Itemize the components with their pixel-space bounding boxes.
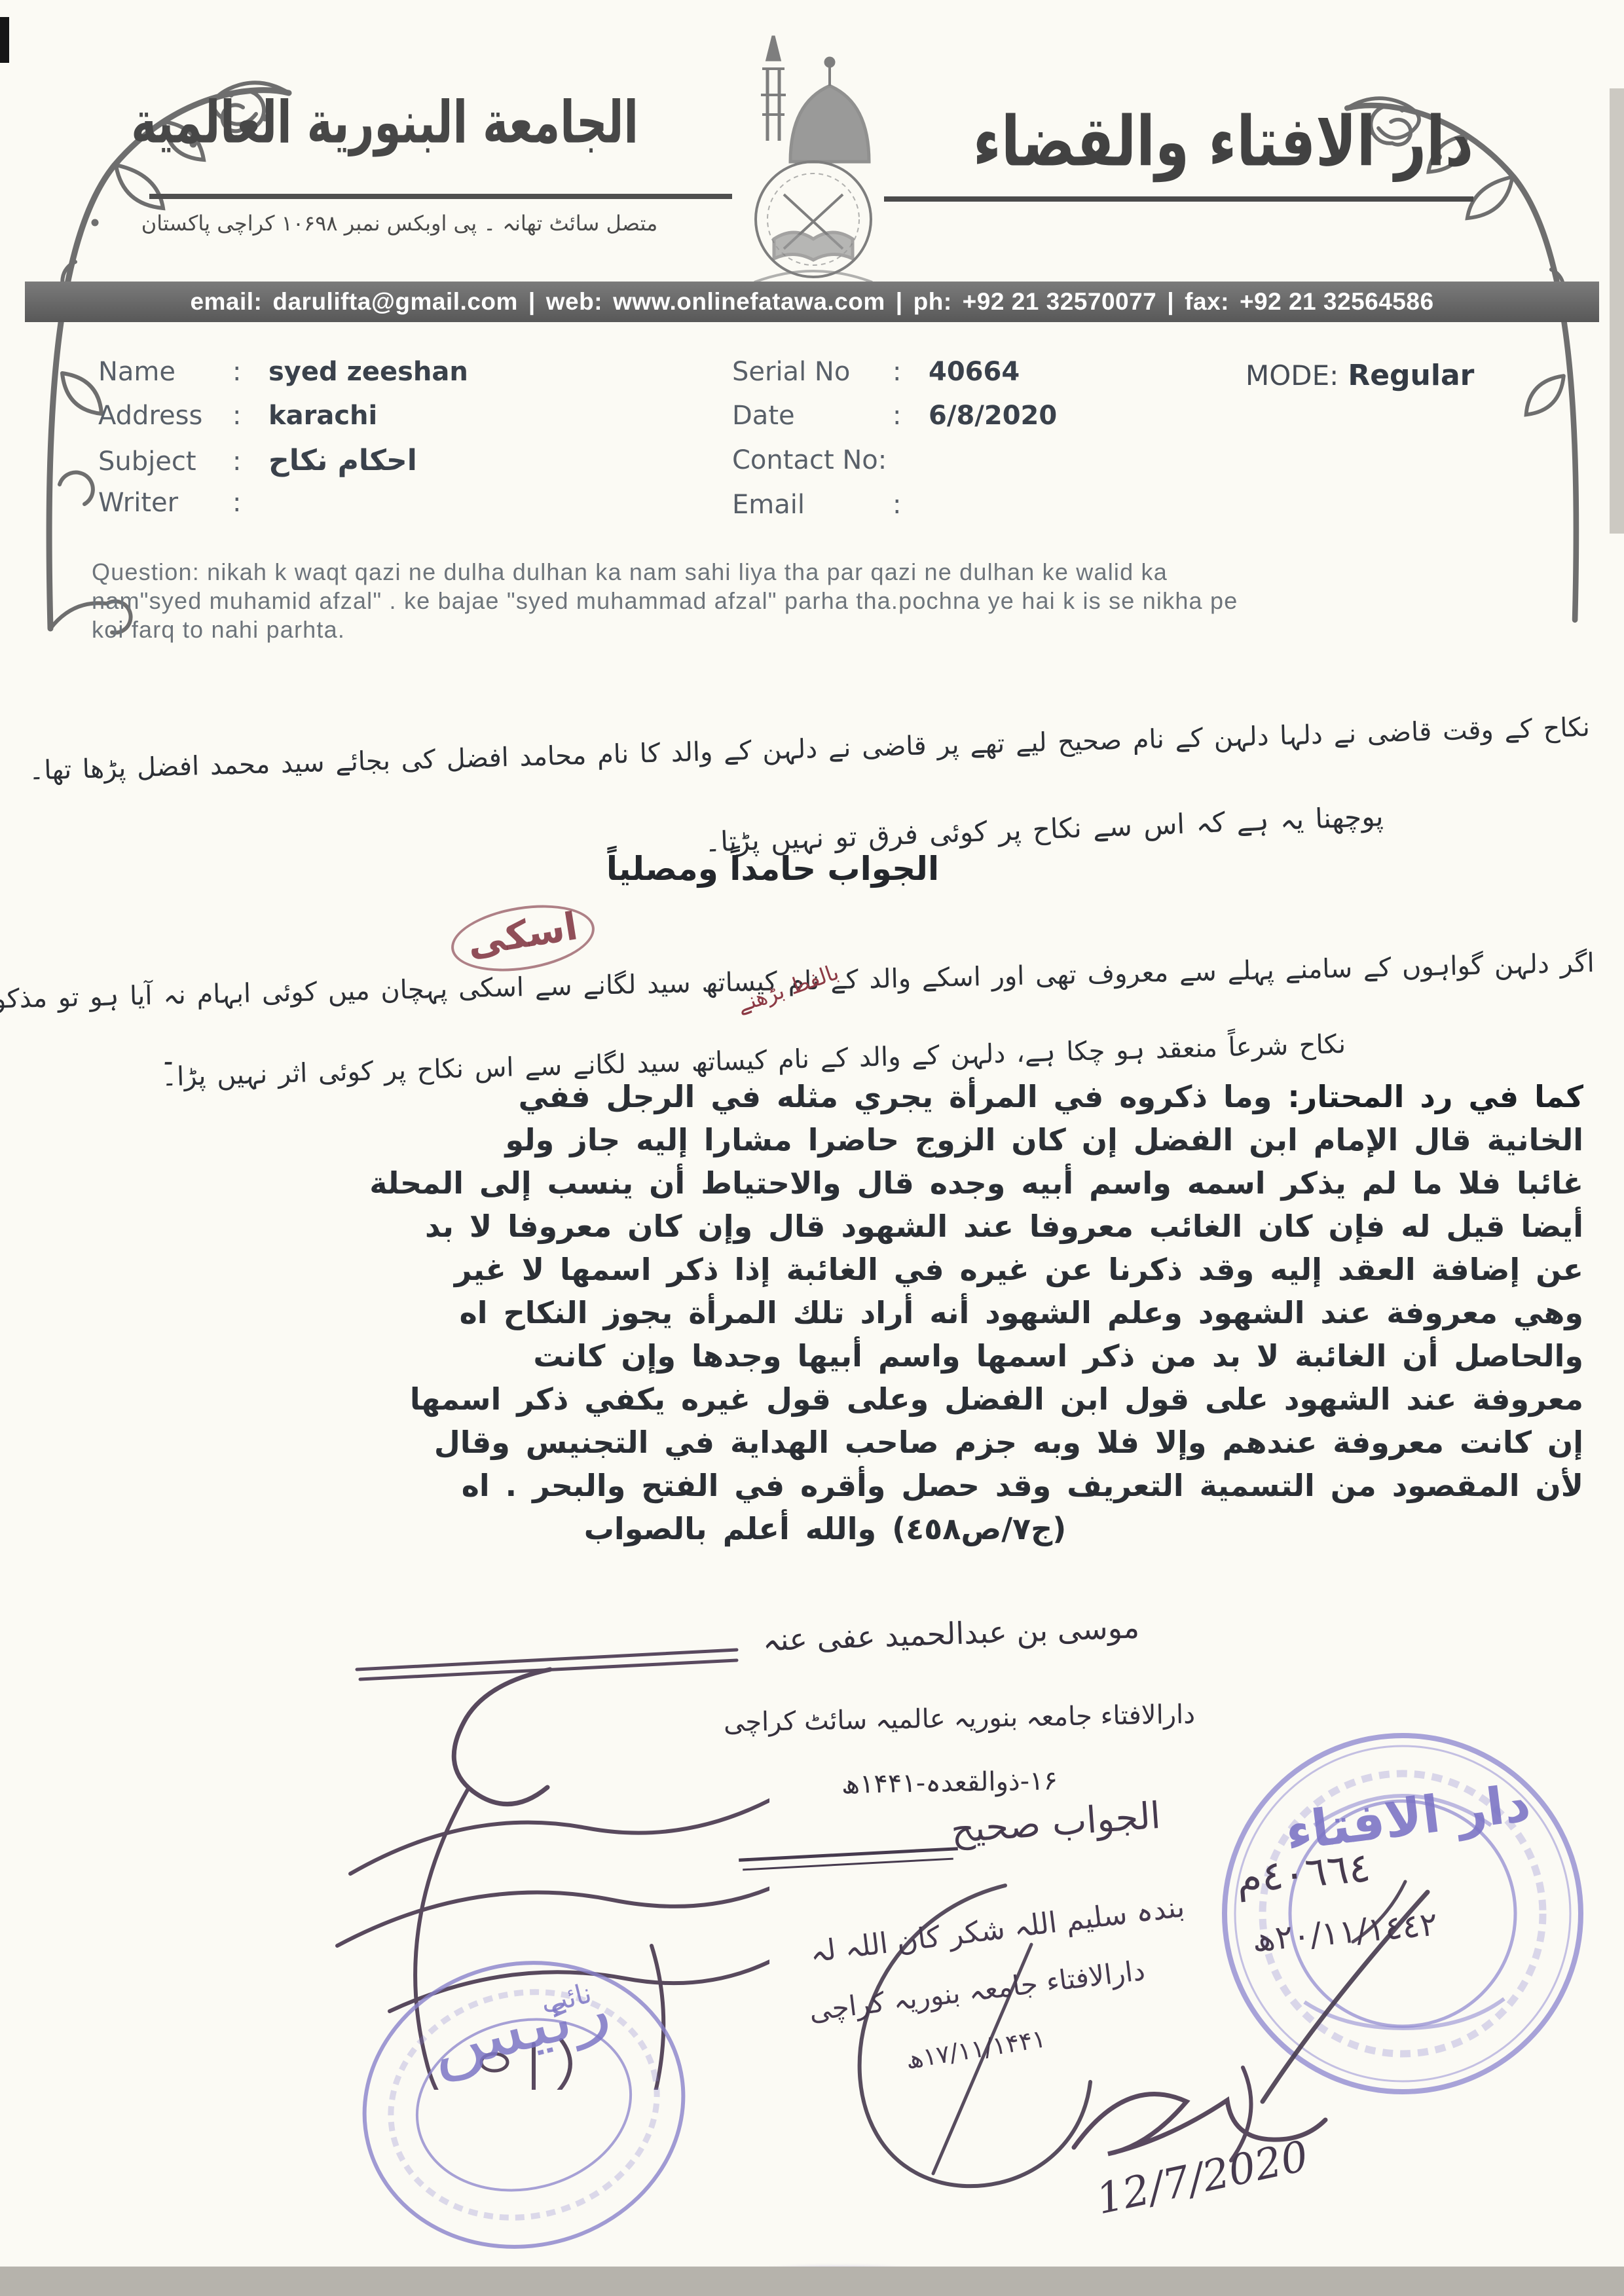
arabic-line-9: إن كانت معروفة عندهم وإلا فلا وبه جزم صا… — [434, 1423, 1583, 1462]
mode-badge: MODE: Regular — [1246, 359, 1474, 392]
mosque-emblem-icon — [715, 23, 898, 285]
arabic-line-4: أيضا قيل له فإن كان الغائب معروفا عند ال… — [425, 1207, 1583, 1246]
dept-name-calligraphy: دار الافتاء والقضاء — [995, 101, 1473, 182]
form-row-subject: Subject : احکام نکاح — [98, 444, 720, 477]
urdu-question-line-1: نکاح کے وقت قاضی نے دلہا دلہن کے نام صحی… — [29, 712, 1591, 786]
form-row-date: Date : 6/8/2020 — [732, 401, 1230, 431]
contact-bar: email: darulifta@gmail.com | web: www.on… — [25, 282, 1599, 322]
subject-value: احکام نکاح — [268, 444, 417, 477]
arabic-line-3: غائبا فلا ما لم يذكر اسمه واسم أبيه وجده… — [369, 1163, 1583, 1203]
contact-sep1: | — [528, 288, 536, 316]
scan-edge-mark — [0, 17, 9, 63]
subject-label: Subject — [98, 446, 232, 477]
name-label: Name — [98, 357, 232, 387]
scanned-fatwa-document: الجامعة البنورية العالمية متصل سائٹ تھان… — [0, 0, 1624, 2296]
writer-label: Writer — [98, 488, 232, 518]
serial-label: Serial No — [732, 357, 893, 387]
address-value: karachi — [268, 401, 377, 431]
date-value: 6/8/2020 — [929, 401, 1057, 431]
subject-colon: : — [232, 446, 268, 477]
arabic-line-5: عن إضافة العقد إليه وقد ذكرنا عن غيره في… — [454, 1250, 1583, 1289]
question-line-2: nam"syed muhamid afzal" . ke bajae "syed… — [92, 587, 1238, 615]
question-line-1: Question: nikah k waqt qazi ne dulha dul… — [92, 558, 1168, 586]
dept-name-rule — [884, 196, 1473, 202]
mode-label: MODE: — [1246, 359, 1338, 392]
form-row-email: Email : — [732, 490, 1230, 520]
contact-no-label: Contact No: — [732, 445, 887, 475]
contact-web-label: web: — [546, 288, 602, 316]
org-name-rule — [149, 194, 732, 199]
org-name-calligraphy: الجامعة البنورية العالمية — [141, 88, 638, 156]
arabic-line-1-rest: وما ذكروه في المرأة يجري مثله في الرجل ف… — [519, 1079, 1288, 1114]
arabic-line-2: الخانية قال الإمام ابن الفضل إن كان الزو… — [506, 1120, 1583, 1159]
mufti-name-signature: موسی بن عبدالحمید عفی عنہ — [772, 1609, 1140, 1658]
date-colon: : — [893, 401, 929, 431]
contact-web-value: www.onlinefatawa.com — [613, 288, 885, 316]
form-row-name: Name : syed zeeshan — [98, 357, 720, 387]
mode-value: Regular — [1348, 359, 1474, 392]
arabic-lead: كما في رد المحتار: — [1287, 1079, 1583, 1114]
contact-ph-value: +92 21 32570077 — [963, 288, 1157, 316]
org-contact-line: متصل سائٹ تھانہ ۔ پی اوبکس نمبر ۱۰۶۹۸ کر… — [141, 211, 658, 236]
scan-bottom-strip — [0, 2267, 1624, 2296]
serial-colon: : — [893, 357, 929, 387]
contact-email-value: darulifta@gmail.com — [272, 288, 518, 316]
scan-edge-strip-right — [1610, 88, 1624, 534]
writer-colon: : — [232, 488, 268, 518]
question-line-3: koi farq to nahi parhta. — [92, 616, 345, 644]
form-row-contact: Contact No: — [732, 445, 1230, 475]
contact-fax-value: +92 21 32564586 — [1240, 288, 1434, 316]
arabic-line-7: والحاصل أن الغائبة لا بد من ذكر اسمها وا… — [533, 1336, 1583, 1376]
email-colon: : — [893, 490, 929, 520]
serial-value: 40664 — [929, 357, 1020, 387]
date-label: Date — [732, 401, 893, 431]
form-row-writer: Writer : — [98, 488, 720, 518]
answer-marked-word: اسکی — [447, 896, 600, 980]
arabic-line-8: معروفة عند الشهود على قول ابن الفضل وعلى… — [410, 1379, 1583, 1419]
arabic-footer-reference: (ج٧/ص٤٥٨) والله أعلم بالصواب — [498, 1509, 1153, 1548]
address-label: Address — [98, 401, 232, 431]
answer-heading: الجواب حامداً ومصلياً — [599, 850, 946, 888]
mufti-office-line: دارالافتاء جامعہ بنوریہ عالمیہ سائٹ کراچ… — [717, 1700, 1202, 1738]
form-row-address: Address : karachi — [98, 401, 720, 431]
contact-sep3: | — [1167, 288, 1174, 316]
name-colon: : — [232, 357, 268, 387]
contact-fax-label: fax: — [1185, 288, 1229, 316]
email-label: Email — [732, 490, 893, 520]
form-row-serial: Serial No : 40664 — [732, 357, 1230, 387]
address-colon: : — [232, 401, 268, 431]
contact-email-label: email: — [190, 288, 262, 316]
mufti-hijri-date: ۱۶-ذوالقعدہ-۱۴۴۱ھ — [809, 1765, 1091, 1800]
contact-sep2: | — [896, 288, 903, 316]
contact-ph-label: ph: — [913, 288, 952, 316]
arabic-line-10: لأن المقصود من التسمية التعريف وقد حصل و… — [462, 1466, 1583, 1505]
jawab-sahih-note: الجواب صحیح — [950, 1795, 1162, 1851]
name-value: syed zeeshan — [268, 357, 468, 387]
arabic-line-1: كما في رد المحتار: وما ذكروه في المرأة ي… — [519, 1077, 1583, 1116]
arabic-line-6: وهي معروفة عند الشهود وعلم الشهود أنه أر… — [460, 1293, 1583, 1332]
